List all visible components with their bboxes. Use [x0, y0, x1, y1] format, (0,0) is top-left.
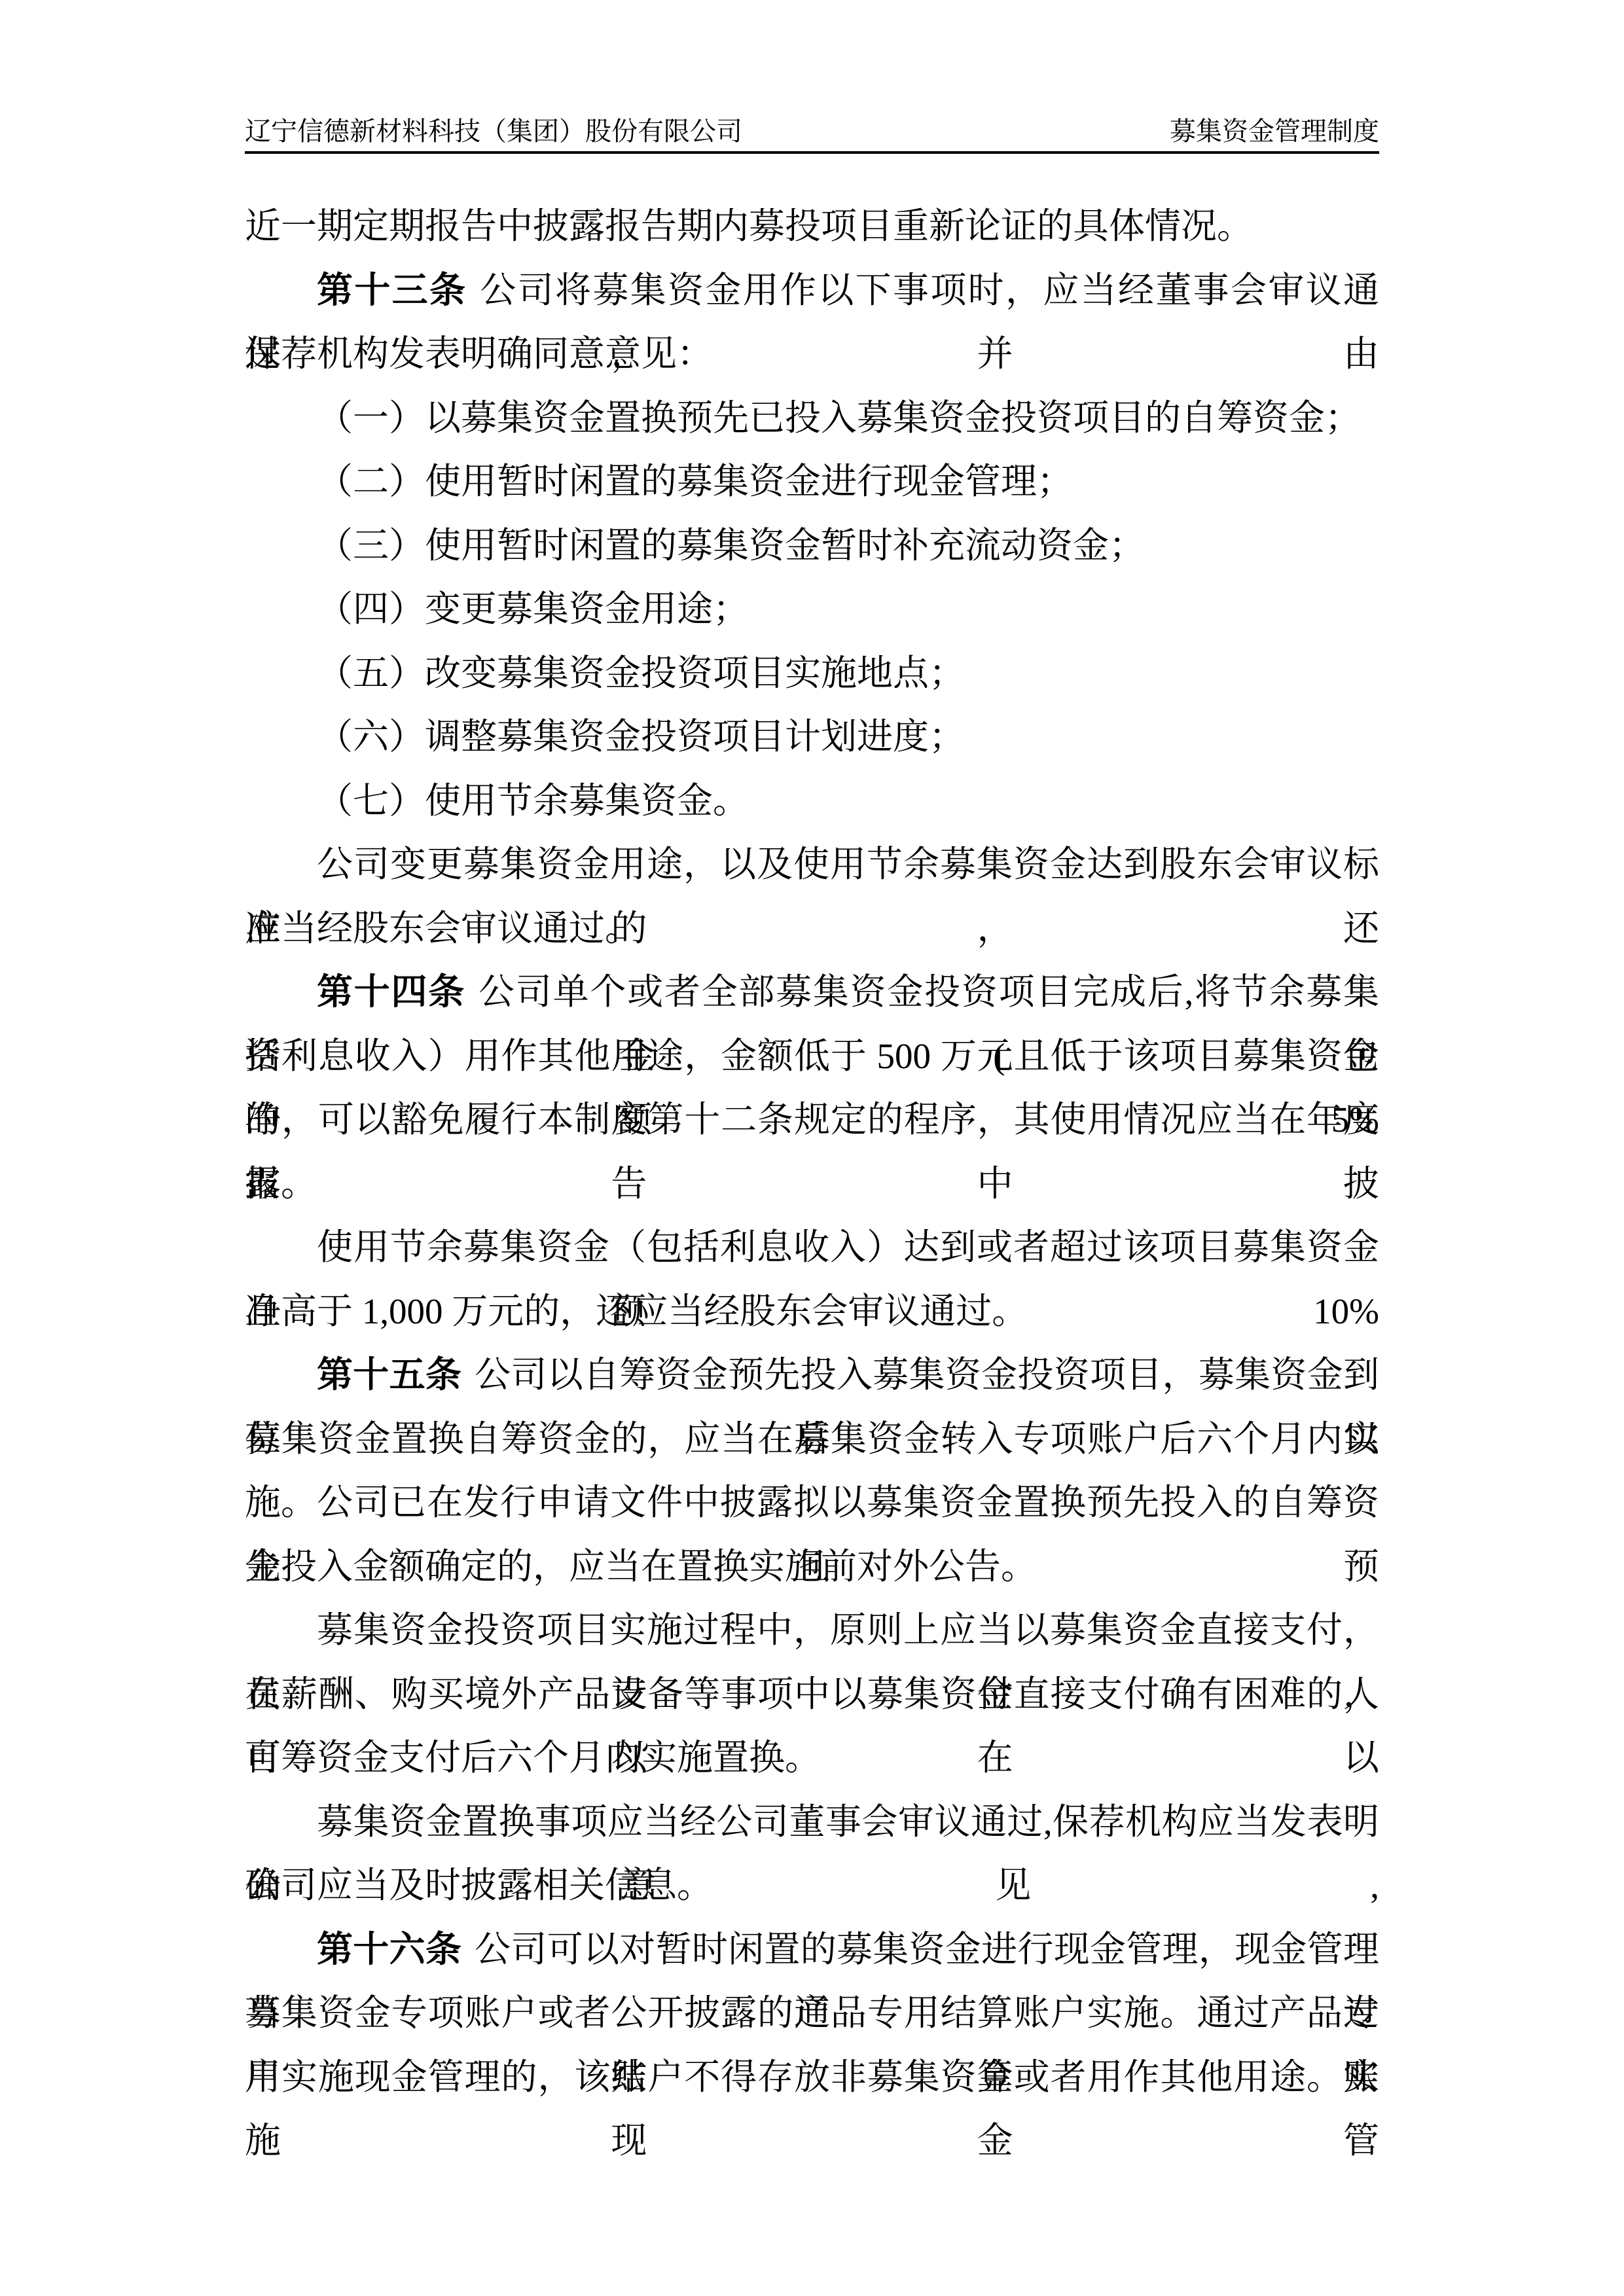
line-text: （二）使用暂时闲置的募集资金进行现金管理； — [317, 461, 1073, 501]
text-line: 公司已在发行申请文件中披露拟以募集资金置换预先投入的自筹资金且预 — [245, 1471, 1379, 1535]
text-line: 员薪酬、购买境外产品设备等事项中以募集资金直接支付确有困难的，可以在以 — [245, 1662, 1379, 1727]
line-text: 且高于 1,000 万元的，还应当经股东会审议通过。 — [245, 1291, 1028, 1331]
document-body: 近一期定期报告中披露报告期内募投项目重新论证的具体情况。第十三条公司将募集资金用… — [245, 194, 1379, 2109]
text-line: 户实施现金管理的，该账户不得存放非募集资金或者用作其他用途。实施现金管 — [245, 2045, 1379, 2109]
text-line: 第十五条公司以自筹资金预先投入募集资金投资项目，募集资金到位后以 — [245, 1343, 1379, 1407]
text-line: 第十四条公司单个或者全部募集资金投资项目完成后,将节余募集资金(包 — [245, 960, 1379, 1024]
text-line: 括利息收入）用作其他用途，金额低于 500 万元且低于该项目募集资金净额 5% — [245, 1024, 1379, 1088]
line-text: 露。 — [245, 1164, 317, 1204]
text-line: （三）使用暂时闲置的募集资金暂时补充流动资金； — [245, 514, 1379, 578]
line-text: 保荐机构发表明确同意意见： — [245, 334, 713, 374]
line-text: 应当经股东会审议通过。 — [245, 908, 641, 948]
line-text: （四）变更募集资金用途； — [317, 589, 749, 629]
text-line: （六）调整募集资金投资项目计划进度； — [245, 705, 1379, 769]
text-line: 第十六条公司可以对暂时闲置的募集资金进行现金管理，现金管理当通过 — [245, 1918, 1379, 1982]
article-number: 第十三条 — [317, 270, 467, 310]
text-line: 的，可以豁免履行本制度第十二条规定的程序，其使用情况应当在年度报告中披 — [245, 1088, 1379, 1152]
text-line: 公司变更募集资金用途，以及使用节余募集资金达到股东会审议标准的，还 — [245, 833, 1379, 897]
line-text: （六）调整募集资金投资项目计划进度； — [317, 717, 965, 757]
header-rule — [245, 151, 1379, 154]
line-text: 公司应当及时披露相关信息。 — [245, 1865, 713, 1905]
text-line: （二）使用暂时闲置的募集资金进行现金管理； — [245, 450, 1379, 514]
text-line: 募集资金置换事项应当经公司董事会审议通过,保荐机构应当发表明确意见, — [245, 1790, 1379, 1854]
page-header: 辽宁信德新材料科技（集团）股份有限公司 募集资金管理制度 — [245, 117, 1379, 147]
line-text: 户实施现金管理的，该账户不得存放非募集资金或者用作其他用途。实施现金管 — [245, 2057, 1379, 2161]
line-text: （一）以募集资金置换预先已投入募集资金投资项目的自筹资金； — [317, 398, 1361, 438]
line-text: （五）改变募集资金投资项目实施地点； — [317, 653, 965, 693]
text-line: 募集资金投资项目实施过程中，原则上应当以募集资金直接支付，在支付人 — [245, 1598, 1379, 1662]
text-line: 第十三条公司将募集资金用作以下事项时，应当经董事会审议通过，并由 — [245, 259, 1379, 323]
article-number: 第十六条 — [317, 1929, 461, 1969]
text-line: （五）改变募集资金投资项目实施地点； — [245, 641, 1379, 706]
line-text: 自筹资金支付后六个月内实施置换。 — [245, 1738, 821, 1778]
article-number: 第十五条 — [317, 1355, 461, 1395]
line-text: 近一期定期报告中披露报告期内募投项目重新论证的具体情况。 — [245, 206, 1253, 246]
line-text: 先投入金额确定的，应当在置换实施前对外公告。 — [245, 1547, 1037, 1587]
header-company-name: 辽宁信德新材料科技（集团）股份有限公司 — [245, 117, 742, 147]
header-doc-title: 募集资金管理制度 — [1170, 117, 1379, 147]
text-line: 近一期定期报告中披露报告期内募投项目重新论证的具体情况。 — [245, 194, 1379, 259]
text-line: （一）以募集资金置换预先已投入募集资金投资项目的自筹资金； — [245, 386, 1379, 450]
text-line: （七）使用节余募集资金。 — [245, 769, 1379, 833]
line-text: 的，可以豁免履行本制度第十二条规定的程序，其使用情况应当在年度报告中披 — [245, 1100, 1379, 1204]
article-number: 第十四条 — [317, 972, 465, 1012]
document-page: 辽宁信德新材料科技（集团）股份有限公司 募集资金管理制度 近一期定期报告中披露报… — [0, 0, 1624, 2296]
text-line: 募集资金置换自筹资金的，应当在募集资金转入专项账户后六个月内实施。 — [245, 1407, 1379, 1471]
line-text: （三）使用暂时闲置的募集资金暂时补充流动资金； — [317, 526, 1145, 565]
line-text: （七）使用节余募集资金。 — [317, 781, 749, 821]
text-line: 募集资金专项账户或者公开披露的产品专用结算账户实施。通过产品专用结算账 — [245, 1981, 1379, 2045]
text-line: （四）变更募集资金用途； — [245, 577, 1379, 641]
text-line: 使用节余募集资金（包括利息收入）达到或者超过该项目募集资金净额 10% — [245, 1215, 1379, 1280]
